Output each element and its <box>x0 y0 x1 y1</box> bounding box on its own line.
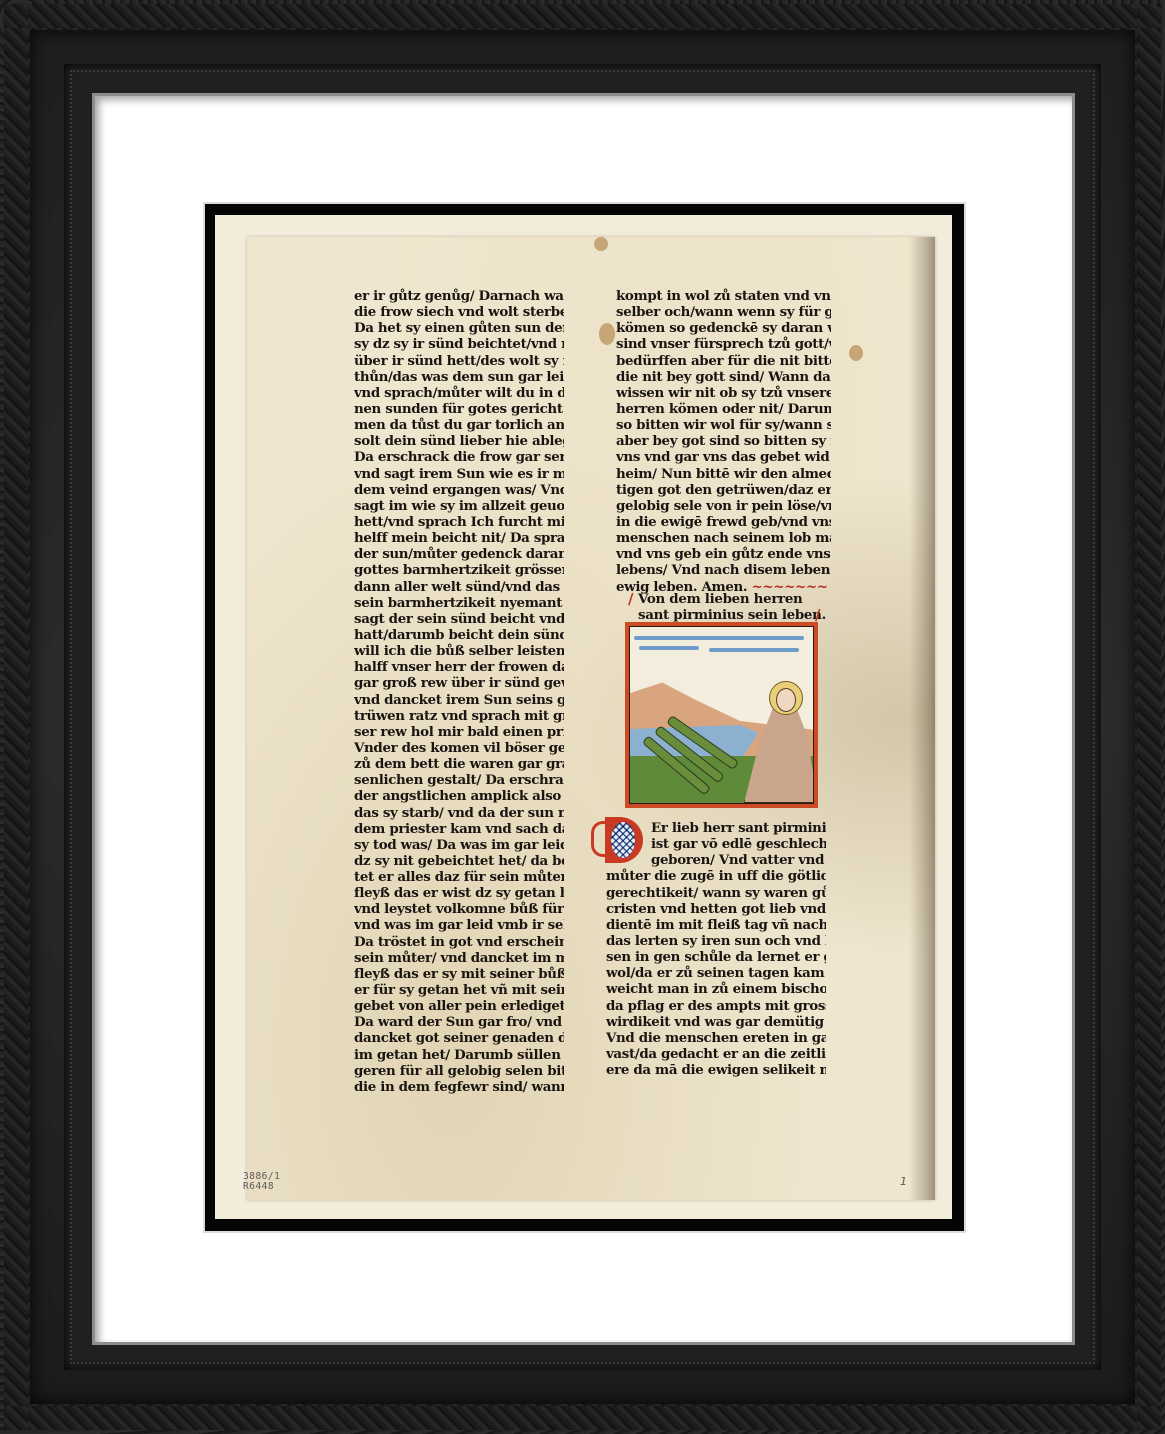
text-line: Da tröstet in got vnd erschein im <box>354 934 564 950</box>
text-line: lebens/ Vnd nach disem leben dz <box>616 562 831 578</box>
text-line: der sun/můter gedenck daran daz <box>354 546 564 562</box>
text-line: gebet von aller pein erlediget het <box>354 998 564 1014</box>
text-line: cristen vnd hetten got lieb vnd <box>606 901 826 917</box>
text-line: sy tod was/ Da was im gar leid <box>354 837 564 853</box>
text-line: gar groß rew über ir sünd gewan <box>354 675 564 691</box>
text-line: Da het sy einen gůten sun der bat <box>354 320 564 336</box>
text-line: kompt in wol zů staten vnd vns <box>616 288 831 304</box>
text-line: halff vnser herr der frowen das sy <box>354 659 564 675</box>
text-line: die in dem fegfewr sind/ wann es <box>354 1079 564 1095</box>
text-line: tet er alles daz für sein můter mit <box>354 869 564 885</box>
text-line: sen in gen schůle da lernet er gar <box>606 949 826 965</box>
text-line: hett/vnd sprach Ich furcht mich <box>354 514 564 530</box>
text-line: so bitten wir wol für sy/wann sy <box>616 417 831 433</box>
text-line: er für sy getan het vñ mit seinem <box>354 982 564 998</box>
pencil-page-number: 1 <box>900 1175 907 1188</box>
text-line: vnd vns geb ein gůtz ende vnsers <box>616 546 831 562</box>
text-line: vast/da gedacht er an die zeitlichē <box>606 1046 826 1062</box>
text-line: dientē im mit fleiß tag vñ nacht <box>606 917 826 933</box>
text-line: sagt der sein sünd beicht vnd rew <box>354 611 564 627</box>
text-line: sein barmhertzikeit nyemant ver- <box>354 595 564 611</box>
text-line: geren für all gelobig selen bitten <box>354 1063 564 1079</box>
text-line: men da tůst du gar torlich an/du <box>354 417 564 433</box>
text-line: Vnd die menschen ereten in gar <box>606 1030 826 1046</box>
text-line: vns vnd gar vns das gebet wid <box>616 449 831 465</box>
leaf-edge-discoloration <box>909 237 935 1200</box>
pencil-inventory-note: 3886/1 R6448 <box>243 1172 280 1192</box>
text-line: der angstlichen amplick also sere <box>354 788 564 804</box>
text-line: gottes barmhertzikeit grösser ist <box>354 562 564 578</box>
text-line: vnd leystet volkomne bůß für sy <box>354 901 564 917</box>
text-column-right-top: kompt in wol zů staten vnd vns selber oc… <box>616 288 831 595</box>
text-line: herren kömen oder nit/ Darumb <box>616 401 831 417</box>
text-line: sagt im wie sy im allzeit geuolget <box>354 498 564 514</box>
text-line: Er lieb herr sant pirminis <box>606 820 826 836</box>
text-line: fleyß das er sy mit seiner bůß die <box>354 966 564 982</box>
text-line: dz sy nit gebeichtet het/ da beich- <box>354 853 564 869</box>
text-line: fleyß das er wist dz sy getan het/ <box>354 885 564 901</box>
text-line: in die ewigē frewd geb/vnd vns <box>616 514 831 530</box>
text-line: über ir sünd hett/des wolt sy nit <box>354 353 564 369</box>
text-line: ist gar vō edlē geschlecht <box>606 836 826 852</box>
text-line: můter die zugē in uff die götlich <box>606 868 826 884</box>
text-line: gelobig sele von ir pein löse/vnd <box>616 498 831 514</box>
text-line: dann aller welt sünd/vnd das er <box>354 579 564 595</box>
text-line: ser rew hol mir bald einen priester <box>354 724 564 740</box>
text-column-left: er ir gůtz genůg/ Darnach ward die frow … <box>354 288 564 1095</box>
text-line: dancket got seiner genaden die er <box>354 1030 564 1046</box>
text-line: wissen wir nit ob sy tzů vnserem <box>616 385 831 401</box>
heading-line: sant pirminius sein leben. <box>638 607 826 623</box>
text-line: Da ward der Sun gar fro/ vnd <box>354 1014 564 1030</box>
text-line: vnd was im gar leid vmb ir sele/ <box>354 917 564 933</box>
chapter-heading: Von dem lieben herren sant pirminius sei… <box>638 591 826 623</box>
text-line: im getan het/ Darumb süllen wir <box>354 1047 564 1063</box>
foxing-stain <box>594 237 608 251</box>
woodcut-illustration-saint-pirminius <box>625 622 818 808</box>
text-line: vnd sagt irem Sun wie es ir mit <box>354 466 564 482</box>
text-line: wol/da er zů seinen tagen kam da <box>606 965 826 981</box>
inventory-number: R6448 <box>243 1182 280 1192</box>
text-line: aber bey got sind so bitten sy für <box>616 433 831 449</box>
text-line: das lerten sy iren sun och vnd ließ <box>606 933 826 949</box>
text-line: weicht man in zů einem bischoff/ <box>606 981 826 997</box>
text-line: bedürffen aber für die nit bitten <box>616 353 831 369</box>
text-line: das sy starb/ vnd da der sun mit <box>354 805 564 821</box>
text-line: gerechtikeit/ wann sy waren gůt <box>606 885 826 901</box>
text-line: helff mein beicht nit/ Da sprach <box>354 530 564 546</box>
text-column-right-bottom: Er lieb herr sant pirminis ist gar vō ed… <box>606 820 826 1078</box>
text-line: vnd dancket irem Sun seins ge- <box>354 692 564 708</box>
text-line: wirdikeit vnd was gar demütig <box>606 1014 826 1030</box>
text-line: thůn/das was dem sun gar leid <box>354 369 564 385</box>
text-line: die nit bey gott sind/ Wann da <box>616 369 831 385</box>
text-line: menschen nach seinem lob mach/ <box>616 530 831 546</box>
text-line: nen sunden für gotes gericht kö- <box>354 401 564 417</box>
text-line: senlichen gestalt/ Da erschrack sy <box>354 772 564 788</box>
text-line: ere da mā die ewigen selikeit mit <box>606 1062 826 1078</box>
text-line: zů dem bett die waren gar grau- <box>354 756 564 772</box>
rubric-paragraph-mark: / <box>628 590 633 608</box>
text-line: tigen got den getrüwen/daz er all <box>616 482 831 498</box>
text-line: hatt/darumb beicht dein sünd so <box>354 627 564 643</box>
text-line: trüwen ratz vnd sprach mit gros- <box>354 708 564 724</box>
text-line: kömen so gedenckē sy daran vnd <box>616 320 831 336</box>
text-line: dem veind ergangen was/ Vnd <box>354 482 564 498</box>
text-line: Vnder des komen vil böser geist <box>354 740 564 756</box>
text-line: vnd sprach/můter wilt du in dei- <box>354 385 564 401</box>
text-line: er ir gůtz genůg/ Darnach ward <box>354 288 564 304</box>
text-line: dem priester kam vnd sach das <box>354 821 564 837</box>
foxing-stain <box>599 323 615 345</box>
text-line: will ich die bůß selber leisten/ Da <box>354 643 564 659</box>
foxing-stain <box>849 345 863 361</box>
text-line: Da erschrack die frow gar sere/ <box>354 449 564 465</box>
woodcut-border <box>629 626 814 804</box>
text-line: sy dz sy ir sünd beichtet/vnd rew <box>354 336 564 352</box>
incunabula-leaf <box>247 237 935 1200</box>
text-line: geboren/ Vnd vatter vnd <box>606 852 826 868</box>
text-line: selber och/wann wenn sy für got <box>616 304 831 320</box>
text-line: die frow siech vnd wolt sterben/ <box>354 304 564 320</box>
text-line: da pflag er des ampts mit grosser <box>606 998 826 1014</box>
text-line: heim/ Nun bittē wir den almech- <box>616 466 831 482</box>
text-line: solt dein sünd lieber hie ablegen/ <box>354 433 564 449</box>
text-line: sein můter/ vnd dancket im mit <box>354 950 564 966</box>
heading-line: Von dem lieben herren <box>638 591 826 607</box>
text-line: sind vnser fürsprech tzů gott/wir <box>616 336 831 352</box>
